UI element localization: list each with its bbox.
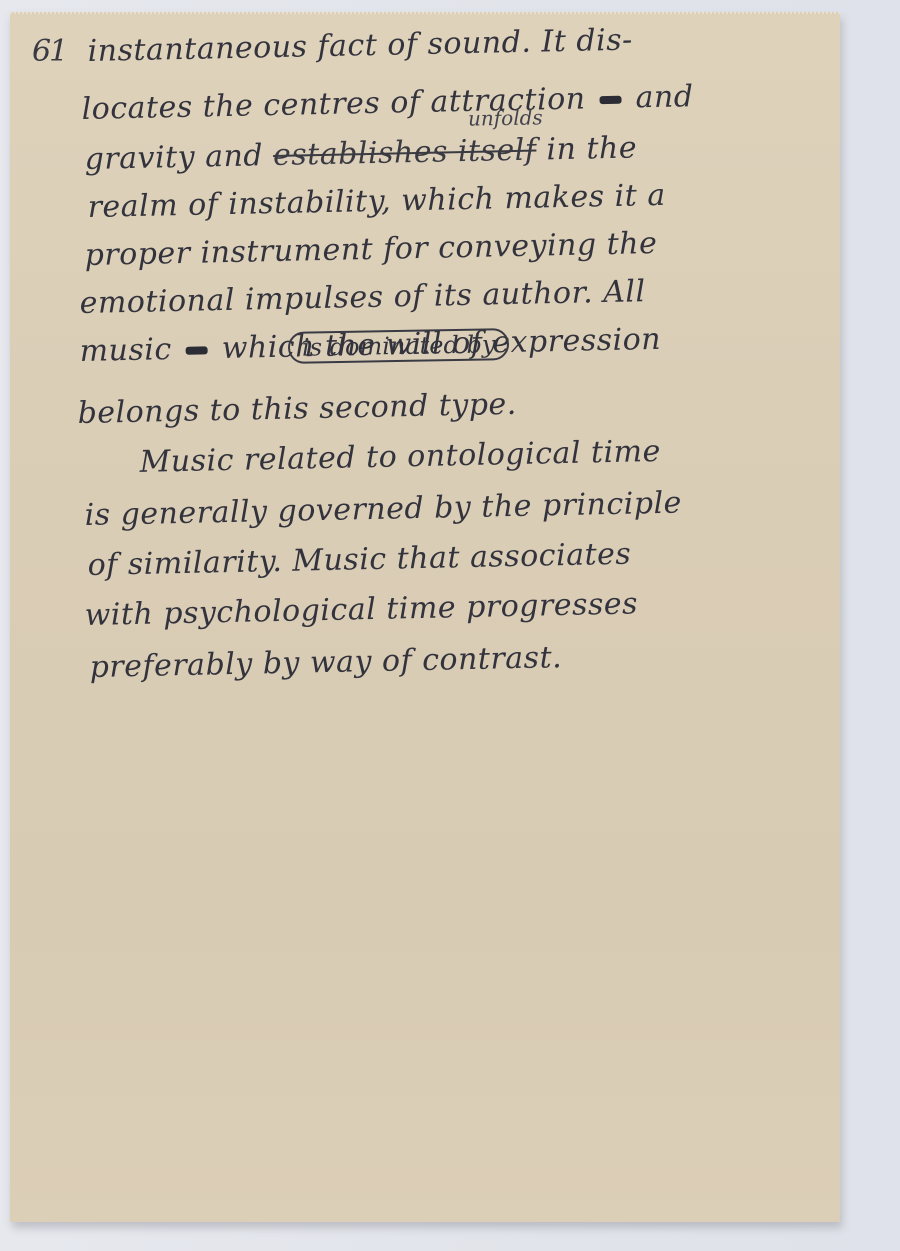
manuscript-line-5: proper instrument for conveying the <box>84 226 657 273</box>
line-text: gravity and <box>84 138 263 177</box>
manuscript-line-4: realm of instability, which makes it a <box>87 178 666 225</box>
manuscript-line-1: instantaneous fact of sound. It dis- <box>87 23 633 69</box>
manuscript-line-3: gravity and establishes itself in the <box>84 130 637 177</box>
line-text: realm of instability, which makes it a <box>87 178 666 225</box>
line-text: with psychological time progresses <box>84 586 638 633</box>
ink-blot-deletion <box>599 96 621 104</box>
manuscript-page: 61 instantaneous fact of sound. It dis- … <box>10 12 840 1222</box>
line-text: of similarity. Music that associates <box>87 537 631 583</box>
line-text: is generally governed by the principle <box>84 485 682 533</box>
line-text: emotional impulses of its author. All <box>79 274 646 321</box>
line-text: belongs to this second type. <box>77 387 517 431</box>
manuscript-line-8: belongs to this second type. <box>77 387 517 431</box>
page-number: 61 <box>32 34 66 69</box>
interlinear-insertion: unfolds <box>468 105 543 130</box>
line-text: music <box>79 332 172 369</box>
manuscript-line-10: is generally governed by the principle <box>84 485 682 533</box>
line-text: instantaneous fact of sound. It dis- <box>87 23 633 69</box>
circled-insertion: is dominated by <box>288 328 510 364</box>
line-text: Music related to ontological time <box>139 434 661 480</box>
line-text: and <box>635 79 694 115</box>
manuscript-line-2: locates the centres of attraction and <box>81 79 694 127</box>
manuscript-line-11: of similarity. Music that associates <box>87 537 631 583</box>
line-text: in the <box>546 130 637 167</box>
manuscript-line-13: preferably by way of contrast. <box>89 640 562 685</box>
line-text: preferably by way of contrast. <box>89 640 562 685</box>
manuscript-line-6: emotional impulses of its author. All <box>79 274 646 321</box>
struck-through-text: establishes itself <box>273 133 537 174</box>
manuscript-line-12: with psychological time progresses <box>84 586 638 633</box>
manuscript-line-9: Music related to ontological time <box>84 434 661 481</box>
line-text: proper instrument for conveying the <box>84 226 657 273</box>
ink-blot-deletion <box>186 346 208 354</box>
